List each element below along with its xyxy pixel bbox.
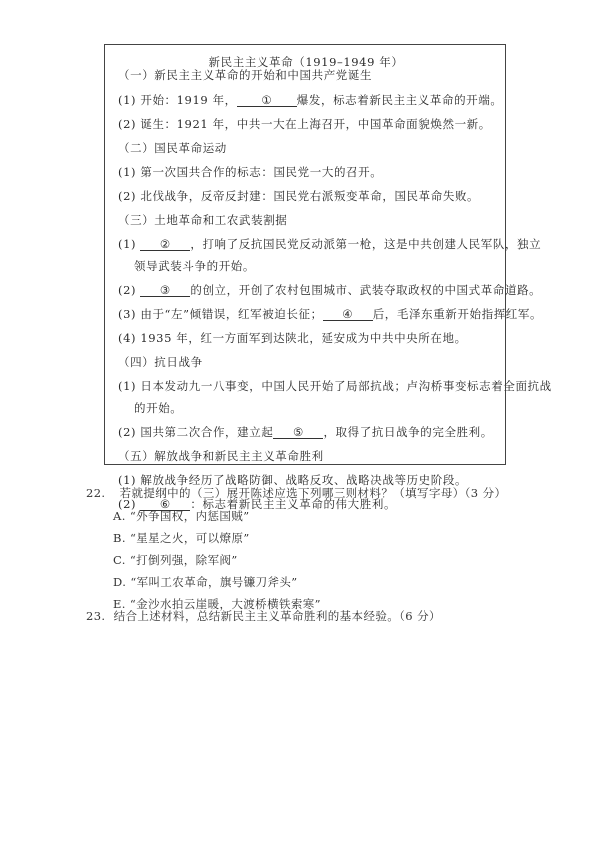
question-text: 结合上述材料，总结新民主主义革命胜利的基本经验。（6 分）: [114, 609, 441, 623]
option-b: B. “星星之火，可以燎原”: [113, 531, 250, 545]
outline-item-4-1: (1) 日本发动九一八事变，中国人民开始了局部抗战；卢沟桥事变标志着全面抗战: [118, 379, 552, 393]
question-text: 若就提纲中的（三）展开陈述应选下列哪三则材料？（填写字母）（3 分）: [120, 486, 507, 500]
question-number: 22.: [86, 486, 106, 500]
outline-item-1-1: (1) 开始：1919 年，①爆发，标志着新民主主义革命的开端。: [118, 93, 502, 107]
outline-item-4-1-continuation: 的开始。: [134, 401, 182, 415]
question-23: 23. 结合上述材料，总结新民主主义革命胜利的基本经验。（6 分）: [86, 609, 441, 623]
option-c: C. “打倒列强，除军阀”: [113, 553, 238, 567]
question-22: 22. 若就提纲中的（三）展开陈述应选下列哪三则材料？（填写字母）（3 分）: [86, 486, 506, 500]
outline-item-3-4: (4) 1935 年，红一方面军到达陕北，延安成为中共中央所在地。: [118, 331, 467, 345]
item-text: (1) 开始：1919 年，: [118, 93, 237, 107]
outline-item-3-3: (3) 由于“左”倾错误，红军被迫长征；④后，毛泽东重新开始指挥红军。: [118, 307, 542, 321]
fill-blank-5: ⑤: [273, 426, 323, 439]
item-text: (1): [118, 237, 140, 251]
item-text: (3) 由于“左”倾错误，红军被迫长征；: [118, 307, 323, 321]
item-text: (2) 国共第二次合作，建立起: [118, 425, 273, 439]
outline-item-5-1: (1) 解放战争经历了战略防御、战略反攻、战略决战等历史阶段。: [118, 473, 467, 487]
section-heading-4: （四）抗日战争: [118, 355, 203, 369]
item-text: (2): [118, 283, 140, 297]
section-heading-3: （三）土地革命和工农武装割据: [118, 213, 287, 227]
fill-blank-4: ④: [323, 308, 373, 321]
section-heading-2: （二）国民革命运动: [118, 141, 227, 155]
outline-item-3-1-continuation: 领导武装斗争的开始。: [134, 259, 255, 273]
fill-blank-2: ②: [140, 238, 190, 251]
outline-item-1-2: (2) 诞生：1921 年，中共一大在上海召开，中国革命面貌焕然一新。: [118, 117, 491, 131]
fill-blank-1: ①: [237, 94, 297, 107]
outline-item-4-2: (2) 国共第二次合作，建立起⑤，取得了抗日战争的完全胜利。: [118, 425, 493, 439]
item-text: 爆发，标志着新民主主义革命的开端。: [297, 93, 503, 107]
outline-title: 新民主主义革命（1919–1949 年）: [105, 55, 507, 69]
item-text: ，打响了反抗国民党反动派第一枪，这是中共创建人民军队，独立: [190, 237, 541, 251]
question-number: 23.: [86, 609, 106, 623]
outline-item-2-1: (1) 第一次国共合作的标志：国民党一大的召开。: [118, 165, 382, 179]
item-text: 的创立，开创了农村包围城市、武装夺取政权的中国式革命道路。: [190, 283, 541, 297]
item-text: 后，毛泽东重新开始指挥红军。: [373, 307, 542, 321]
outline-item-3-1: (1) ②，打响了反抗国民党反动派第一枪，这是中共创建人民军队，独立: [118, 237, 541, 251]
outline-item-2-2: (2) 北伐战争，反帝反封建：国民党右派叛变革命，国民革命失败。: [118, 189, 479, 203]
option-d: D. “军叫工农革命，旗号镰刀斧头”: [113, 575, 298, 589]
option-a: A. “外争国权，内惩国贼”: [113, 509, 249, 523]
item-text: ，取得了抗日战争的完全胜利。: [323, 425, 492, 439]
outline-item-3-2: (2) ③的创立，开创了农村包围城市、武装夺取政权的中国式革命道路。: [118, 283, 541, 297]
section-heading-5: （五）解放战争和新民主主义革命胜利: [118, 449, 324, 463]
fill-blank-3: ③: [140, 284, 190, 297]
section-heading-1: （一）新民主主义革命的开始和中国共产党诞生: [118, 68, 372, 82]
